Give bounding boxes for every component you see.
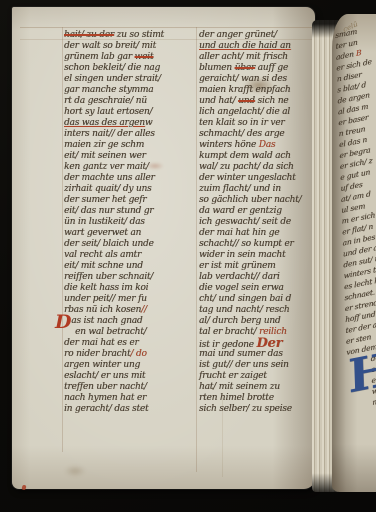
manuscript-text-line: der sumer het gefr [64,195,192,206]
ruling-line-vertical-left [62,27,63,452]
manuscript-text-line: der anger grünet/ [199,30,317,41]
text-segment: gar manche stymma [64,85,153,95]
ruling-line-horizontal-top [20,27,312,28]
text-segment: nach hymen hat er [64,393,146,403]
text-segment: sich selber/ zu speise [199,404,292,414]
text-segment: die kelt hass im koi [64,283,148,293]
text-segment: rt da geschraie/ nü [64,96,147,106]
text-segment: tag und nacht/ resch [199,305,289,315]
text-segment: in geracht/ das stet [64,404,148,414]
text-segment: grünem lab gar [64,52,135,62]
text-segment: wal/ zu pacht/ da sich [199,162,294,172]
manuscript-text-line: el singen under strait/ [64,74,192,85]
text-segment: sich ne [255,96,289,106]
text-segment: maien krafft enpfach [199,85,290,95]
manuscript-text-line: das was des argenw [64,118,192,129]
manuscript-text-line: und auch die haid an [199,41,317,52]
text-segment: cht/ und singen bai d [199,294,291,304]
text-segment: rten himel brotte [199,393,274,403]
manuscript-text-line: und hat/ und sich ne [199,96,317,107]
manuscript-text-line: eit/ mit seinen wer [64,151,192,162]
manuscript-text-line: wart geverwet an [64,228,192,239]
text-segment: as ist nach gnad [71,316,142,326]
right-page: celũ smamter unaden Ber sich den disers … [332,14,376,492]
manuscript-text-line: da ward er gentzig [199,206,317,217]
text-segment: frucht er zaiget [199,371,267,381]
manuscript-text-line: der winter ungeslacht [199,173,317,184]
text-segment: lich angelacht/ die al [199,107,290,117]
manuscript-text-line: ist gut// der uns sein [199,360,317,371]
text-segment: schacht// so kumpt er [199,239,294,249]
text-segment: hait/ zu der [64,30,114,40]
manuscript-text-line: tag und nacht/ resch [199,305,317,316]
text-segment: und auch die haid an [199,41,291,51]
text-segment: der anger grünet/ [199,30,277,40]
text-segment: Das [259,140,276,150]
manuscript-text-line: maien krafft enpfach [199,85,317,96]
text-segment: der machte uns aller [64,173,155,183]
manuscript-text-line: rt da geschraie/ nü [64,96,192,107]
text-segment: eit/ das nur stund gr [64,206,153,216]
manuscript-text-line: grünem lab gar weit [64,52,192,63]
manuscript-text-line: so gächlich uber nacht/ [199,195,317,206]
text-segment: ist gut// der uns sein [199,360,289,370]
manuscript-text-line: ün in lustikeit/ das [64,217,192,228]
manuscript-text-line: der walt so breit/ mit [64,41,192,52]
text-segment: auff ge [255,63,288,73]
text-segment: und hat/ [199,96,238,106]
manuscript-text-line: gar manche stymma [64,85,192,96]
text-segment: der mai hat es er [64,338,139,348]
text-segment: und [238,96,255,106]
manuscript-text-line: er ist mit grünem [199,261,317,272]
manuscript-text-line: treffen uber nacht/ [64,382,192,393]
manuscript-text-line: eslacht/ er uns mit [64,371,192,382]
text-segment: el singen under strait/ [64,74,161,84]
text-segment: / do [130,349,146,359]
manuscript-text-line: en wal betracht/ [64,327,192,338]
manuscript-text-line: in geracht/ das stet [64,404,192,415]
text-segment: mai und sumer das [199,349,283,359]
text-segment: ün in lustikeit/ das [64,217,145,227]
text-segment: der winter ungeslacht [199,173,296,183]
manuscript-text-line: lich angelacht/ die al [199,107,317,118]
text-segment: D [55,311,71,333]
manuscript-text-line: wider in sein macht [199,250,317,261]
text-segment: eit/ mit schne und [64,261,143,271]
manuscript-text-line: blumen über auff ge [199,63,317,74]
manuscript-text-line: zirhait quait/ dy uns [64,184,192,195]
manuscript-text-line: aller acht/ mit frisch [199,52,317,63]
manuscript-text-line: inters nait// der alles [64,129,192,140]
text-column-1: hait/ zu der zu so stimtder walt so brei… [64,30,192,415]
manuscript-text-line: reiffen uber schnait/ [64,272,192,283]
manuscript-text-line: lab verdacht// dari [199,272,317,283]
manuscript-text-line: geraicht/ wan si des [199,74,317,85]
manuscript-text-line: der mai hat es er [64,338,192,349]
manuscript-text-line: cht/ und singen bai d [199,294,317,305]
manuscript-text-line: al/ durch berg und [199,316,317,327]
ruling-line-vertical-middle [196,27,197,472]
manuscript-text-line: mai und sumer das [199,349,317,360]
manuscript-text-line: frucht er zaiget [199,371,317,382]
manuscript-text-line: schacht// so kumpt er [199,239,317,250]
manuscript-text-line: eit/ mit schne und [64,261,192,272]
text-segment: maien zir ge schm [64,140,144,150]
manuscript-text-line: ken gantz ver mait/ [64,162,192,173]
text-segment: aller acht/ mit frisch [199,52,288,62]
faint-stain [64,465,86,477]
text-segment: B [356,48,362,58]
text-segment: geraicht/ wan si des [199,74,287,84]
manuscript-text-line: schon bekleit/ die nag [64,63,192,74]
text-segment: kumpt dem wald ach [199,151,291,161]
left-page: hait/ zu der zu so stimtder walt so brei… [12,7,315,489]
text-segment: hat/ mit seinem zu [199,382,280,392]
manuscript-text-line: hat/ mit seinem zu [199,382,317,393]
text-segment: wart geverwet an [64,228,141,238]
text-segment: der walt so breit/ mit [64,41,156,51]
text-segment: rbas nü ich kosen [64,305,141,315]
text-segment: zirhait quait/ dy uns [64,184,151,194]
text-segment: treffen uber nacht/ [64,382,147,392]
manuscript-text-line: hait/ zu der zu so stimt [64,30,192,41]
manuscript-text-line: ro nider bracht/ do [64,349,192,360]
text-segment: ich geswacht/ seit de [199,217,291,227]
manuscript-text-line: nach hymen hat er [64,393,192,404]
text-segment: val recht als amtr [64,250,141,260]
text-segment: ro nider bracht [64,349,130,359]
text-segment: wider in sein macht [199,250,285,260]
text-segment: under peit// mer fu [64,294,147,304]
text-segment: schon bekleit/ die nag [64,63,160,73]
text-segment: weit [135,52,154,62]
text-segment: schmacht/ des arge [199,129,284,139]
text-segment: reiffen uber schnait/ [64,272,153,282]
manuscript-text-line: zuim flacht/ und in [199,184,317,195]
manuscript-text-line: argen winter ung [64,360,192,371]
text-segment: der mai hat hin ge [199,228,279,238]
text-segment: // [141,305,147,315]
manuscript-text-line: eit/ das nur stund gr [64,206,192,217]
blue-initial-h: H [347,345,376,399]
text-segment: der seit/ blaich unde [64,239,154,249]
text-segment: blumen [199,63,235,73]
manuscript-text-line: schmacht/ des arge [199,129,317,140]
manuscript-text-line: der machte uns aller [64,173,192,184]
manuscript-text-line: winters höne Das [199,140,317,151]
text-segment: eit/ mit seinen wer [64,151,146,161]
text-segment: inters nait// der alles [64,129,155,139]
manuscript-text-line: der seit/ blaich unde [64,239,192,250]
manuscript-text-line: ten klait so in ir ver [199,118,317,129]
text-segment: winters höne [199,140,259,150]
text-segment: eslacht/ er uns mit [64,371,145,381]
manuscript-text-line: der mai hat hin ge [199,228,317,239]
text-segment: argen winter ung [64,360,140,370]
manuscript-text-line: Das ist nach gnad [64,316,192,327]
manuscript-text-line: rten himel brotte [199,393,317,404]
text-column-2: der anger grünet/und auch die haid anall… [199,30,317,415]
red-margin-mark [21,485,26,491]
text-segment: er ist mit grünem [199,261,275,271]
text-segment: die vogel sein erwa [199,283,284,293]
text-segment: al/ durch berg und [199,316,280,326]
text-segment: w [145,118,153,128]
manuscript-text-line: die vogel sein erwa [199,283,317,294]
text-segment: hort sy laut ertosen/ [64,107,152,117]
text-segment: en wal betracht/ [75,327,146,337]
text-segment: da ward er gentzig [199,206,282,216]
manuscript-text-line: ist ir gedone Der [199,338,317,349]
text-segment: lab verdacht// dari [199,272,280,282]
text-segment: tal er bracht/ [199,327,259,337]
manuscript-text-line: kumpt dem wald ach [199,151,317,162]
manuscript-text-line: ich geswacht/ seit de [199,217,317,228]
text-segment: zuim flacht/ und in [199,184,281,194]
text-segment: so gächlich uber nacht/ [199,195,301,205]
text-segment: zu so stimt [114,30,164,40]
manuscript-photo: hait/ zu der zu so stimtder walt so brei… [0,0,376,512]
text-segment: ten klait so in ir ver [199,118,284,128]
manuscript-text-line: wal/ zu pacht/ da sich [199,162,317,173]
manuscript-text-line: hort sy laut ertosen/ [64,107,192,118]
manuscript-text-line: val recht als amtr [64,250,192,261]
manuscript-text-line: sich selber/ zu speise [199,404,317,415]
right-page-text: celũ smamter unaden Ber sich den disers … [335,18,376,412]
text-segment: ken gantz ver mait/ [64,162,149,172]
text-segment: über [235,63,255,73]
text-segment: das was des argen [64,118,145,128]
manuscript-text-line: rbas nü ich kosen// [64,305,192,316]
manuscript-text-line: die kelt hass im koi [64,283,192,294]
text-segment: der sumer het gefr [64,195,146,205]
manuscript-text-line: under peit// mer fu [64,294,192,305]
manuscript-text-line: maien zir ge schm [64,140,192,151]
